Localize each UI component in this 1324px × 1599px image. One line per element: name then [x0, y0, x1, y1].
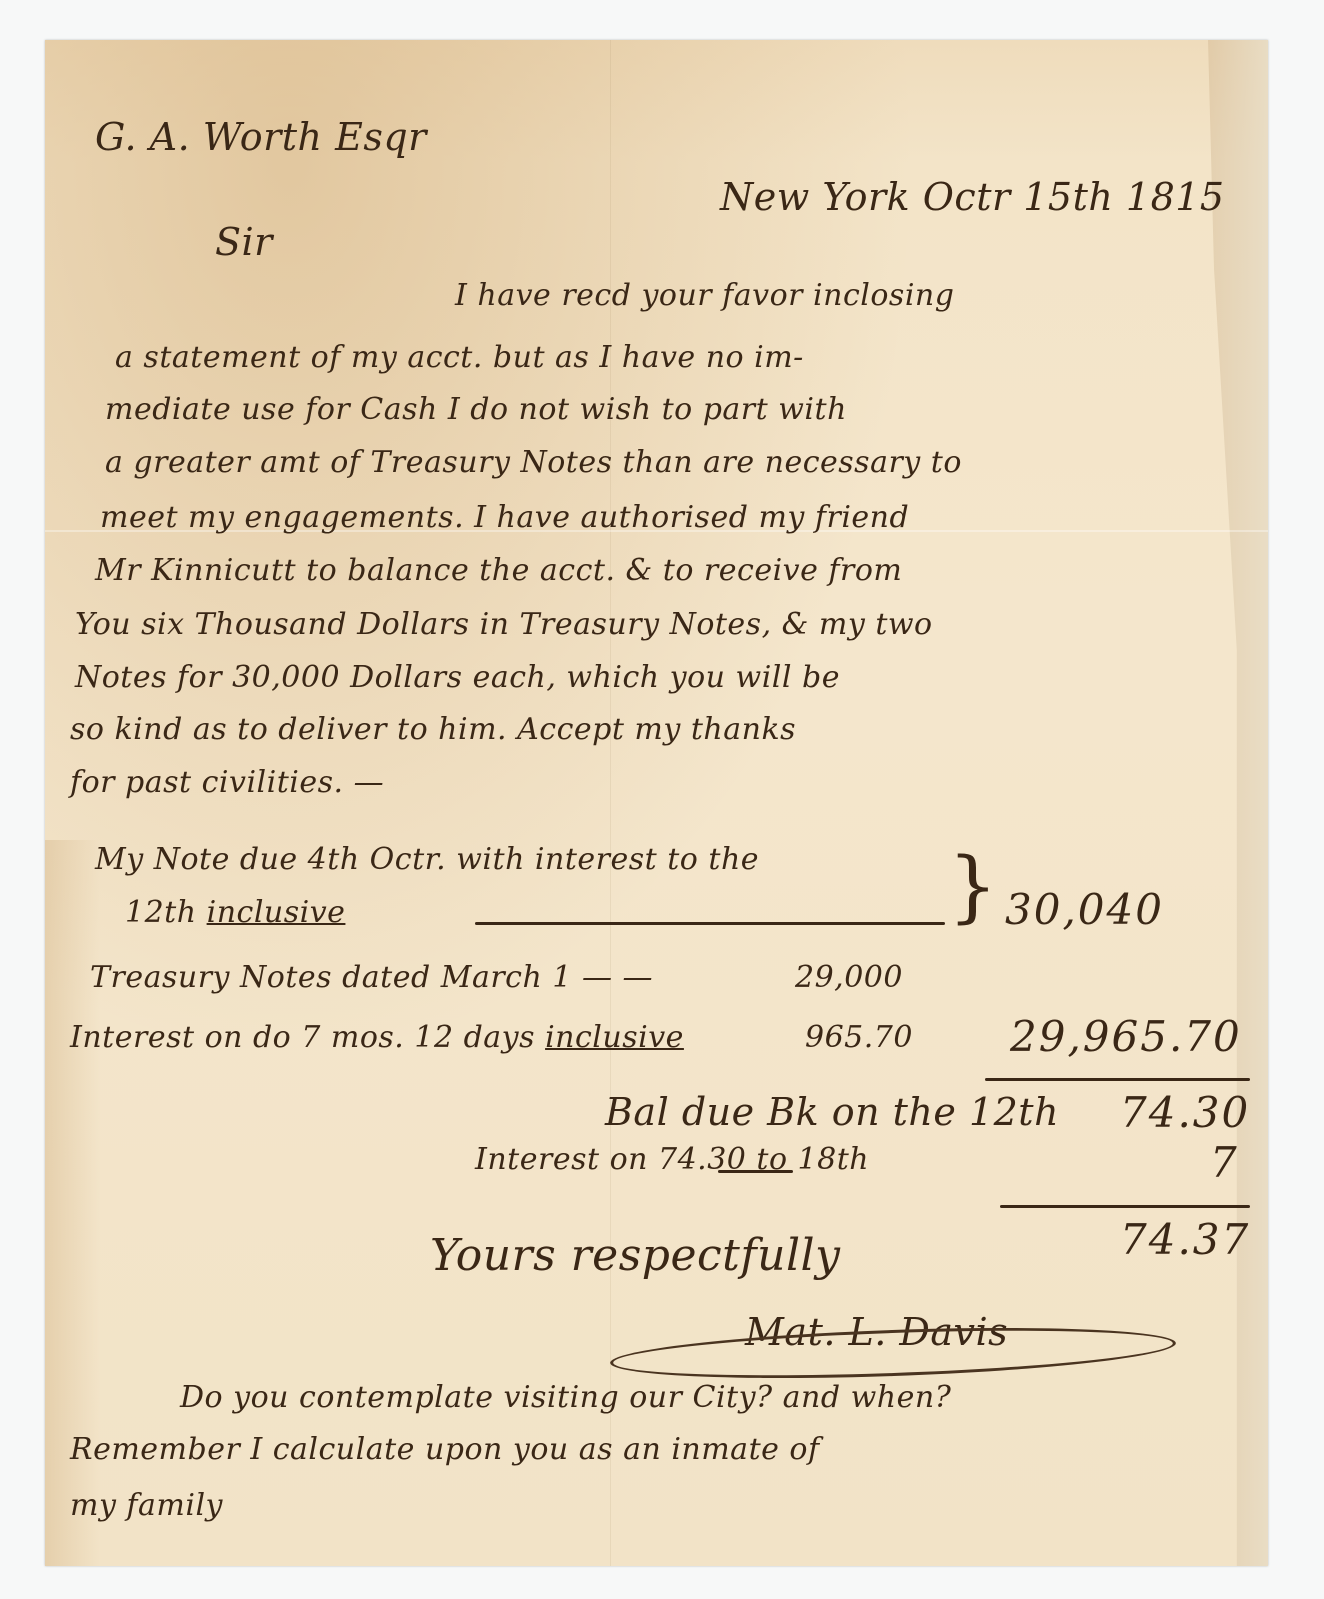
- body-line: Mr Kinnicutt to balance the acct. & to r…: [95, 553, 902, 588]
- interest-amount: 965.70: [805, 1020, 913, 1055]
- note-date: 12th: [125, 895, 197, 930]
- note-inclusive: inclusive: [207, 895, 346, 930]
- note-amount: 30,040: [1005, 885, 1164, 934]
- closing: Yours respectfully: [430, 1230, 840, 1281]
- postscript-line: Do you contemplate visiting our City? an…: [180, 1380, 951, 1415]
- body-line: Notes for 30,000 Dollars each, which you…: [75, 660, 840, 695]
- dateline: New York Octr 15th 1815: [720, 175, 1225, 219]
- salutation: Sir: [215, 220, 273, 264]
- treasury-line: Treasury Notes dated March 1 — —: [90, 960, 653, 995]
- body-line: a statement of my acct. but as I have no…: [115, 340, 804, 375]
- total-amount: 74.37: [1120, 1215, 1250, 1264]
- treasury-amount: 29,000: [795, 960, 903, 995]
- subtotal-amount: 29,965.70: [1010, 1012, 1242, 1061]
- brace-symbol: }: [948, 848, 998, 926]
- interest-line: Interest on do 7 mos. 12 days inclusive: [70, 1020, 684, 1055]
- subtotal-rule: [985, 1078, 1250, 1081]
- balance-label: Bal due Bk on the 12th: [605, 1090, 1059, 1134]
- interest2-label: Interest on 74.30 to 18th: [475, 1142, 869, 1177]
- postscript-line: my family: [70, 1488, 223, 1523]
- postscript-line: Remember I calculate upon you as an inma…: [70, 1432, 820, 1467]
- body-line: You six Thousand Dollars in Treasury Not…: [75, 607, 933, 642]
- interest-desc: Interest on do 7 mos. 12 days: [70, 1020, 535, 1055]
- balance-amount: 74.30: [1120, 1088, 1250, 1137]
- body-line: so kind as to deliver to him. Accept my …: [70, 712, 796, 747]
- paper-fold: [1208, 40, 1268, 1566]
- interest2-amount: 7: [1210, 1138, 1239, 1187]
- body-line: a greater amt of Treasury Notes than are…: [105, 445, 962, 480]
- body-line: I have recd your favor inclosing: [455, 278, 954, 313]
- body-line: mediate use for Cash I do not wish to pa…: [105, 392, 847, 427]
- leader-rule: [718, 1170, 793, 1173]
- note-line-2: 12th inclusive: [125, 895, 345, 930]
- leader-rule: [475, 922, 945, 925]
- body-line: meet my engagements. I have authorised m…: [100, 500, 909, 535]
- interest-inclusive: inclusive: [545, 1020, 684, 1055]
- total-rule: [1000, 1205, 1250, 1208]
- addressee: G. A. Worth Esqr: [95, 115, 427, 159]
- body-line: for past civilities. —: [70, 765, 384, 800]
- note-line-1: My Note due 4th Octr. with interest to t…: [95, 842, 759, 877]
